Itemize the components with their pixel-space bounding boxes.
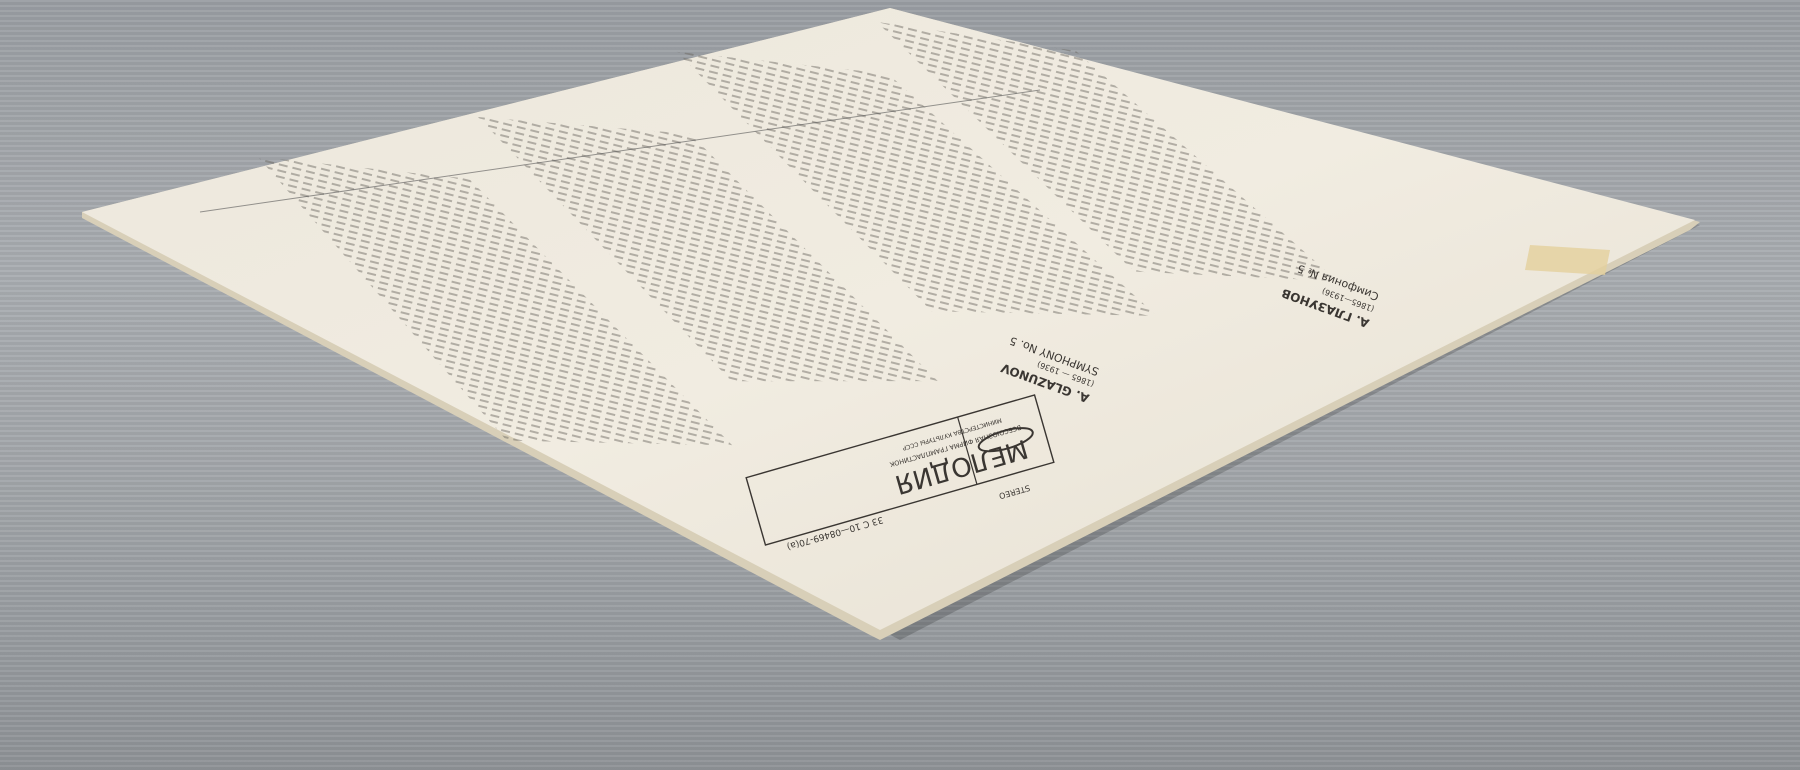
photo-scene: МЕЛОДИЯ ВСЕСОЮЗНАЯ ФИРМА ГРАМПЛАСТИНОК М… — [0, 0, 1800, 770]
tape-strip — [1525, 245, 1610, 275]
